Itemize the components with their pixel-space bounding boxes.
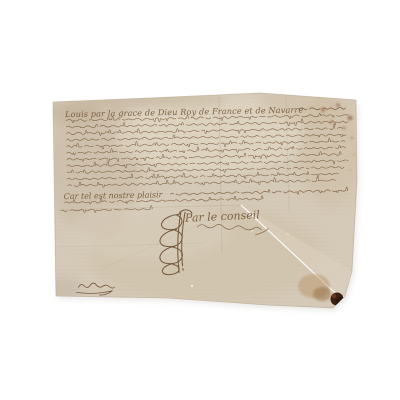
manuscript-photo: Louis par la grace de Dieu Roy de France… <box>0 0 400 400</box>
parchment-sheet: Louis par la grace de Dieu Roy de France… <box>44 87 360 312</box>
formula-line: Car tel est nostre plaisir <box>64 190 164 201</box>
photograph: Louis par la grace de Dieu Roy de France… <box>0 0 400 400</box>
